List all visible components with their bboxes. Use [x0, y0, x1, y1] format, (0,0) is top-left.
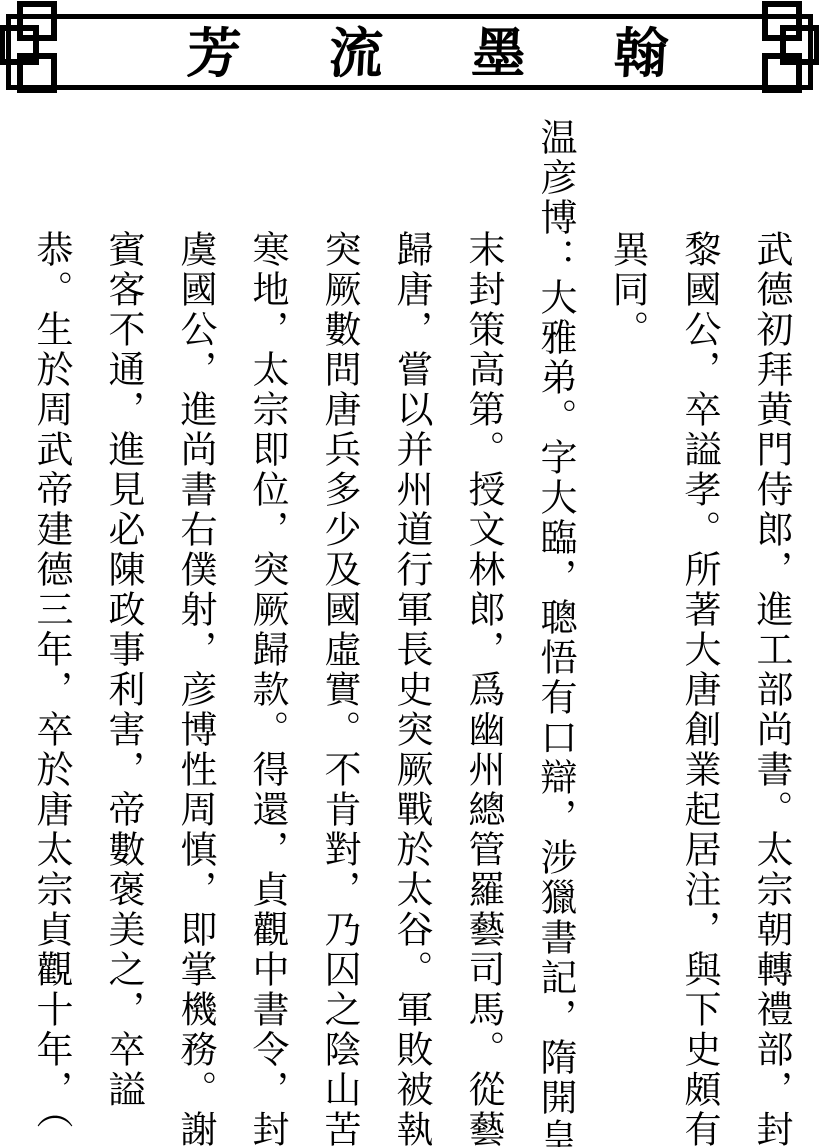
title-char-2: 流 — [328, 26, 385, 80]
document-text: 武德初拜黄門侍郎，進工部尚書。太宗朝轉禮部，封 黎國公，卒謚孝。所著大唐創業起居… — [0, 118, 807, 1147]
book-page: 芳 流 墨 翰 武德初拜黄門侍郎，進工部尚書。太宗朝轉禮部，封 黎國公，卒謚孝。… — [0, 0, 819, 1147]
title-char-4: 翰 — [613, 26, 670, 80]
text-column-11: 恭。生於周武帝建德三年，卒於唐太宗貞觀十年，（ — [15, 118, 87, 1147]
text-column-8: 寒地，太宗即位，突厥歸款。得還，貞觀中書令，封 — [231, 118, 303, 1147]
knot-ornament-right-icon — [719, 0, 819, 100]
title-char-3: 墨 — [470, 26, 527, 80]
page-title: 芳 流 墨 翰 — [187, 20, 668, 86]
header-banner: 芳 流 墨 翰 — [0, 0, 819, 120]
text-column-7: 突厥數問唐兵多少及國虛實。不肯對，乃囚之陰山苦 — [303, 118, 375, 1147]
text-column-1: 武德初拜黄門侍郎，進工部尚書。太宗朝轉禮部，封 — [735, 118, 807, 1147]
text-column-10: 賓客不通，進見必陳政事利害，帝數褒美之，卒謚 — [87, 118, 159, 1147]
text-column-4: 温彦博：大雅弟。字大臨，聰悟有口辯，涉獵書記，隋開皇 — [519, 118, 591, 1147]
knot-ornament-left-icon — [0, 0, 100, 100]
text-column-5: 末封策高第。授文林郎，爲幽州總管羅藝司馬。從藝 — [447, 118, 519, 1147]
text-column-6: 歸唐，嘗以并州道行軍長史突厥戰於太谷。軍敗被執。 — [375, 118, 447, 1147]
text-column-9: 虞國公，進尚書右僕射，彦博性周慎，即掌機務。謝 — [159, 118, 231, 1147]
text-column-3: 異同。 — [591, 118, 663, 1147]
text-column-2: 黎國公，卒謚孝。所著大唐創業起居注，與下史頗有 — [663, 118, 735, 1147]
title-char-1: 芳 — [186, 26, 243, 80]
